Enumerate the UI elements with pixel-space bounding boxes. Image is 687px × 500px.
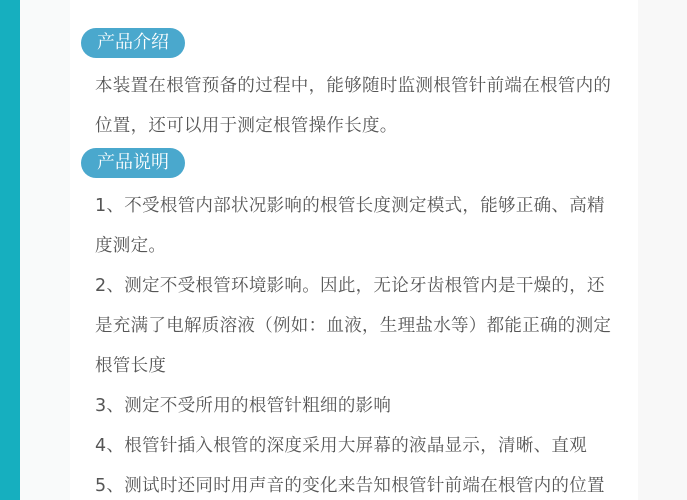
intro-line-1: 本装置在根管预备的过程中，能够随时监测根管针前端在根管内的 [95,72,611,97]
product-content: 产品介绍 本装置在根管预备的过程中，能够随时监测根管针前端在根管内的 位置，还可… [70,0,638,500]
desc-line-7: 4、根管针插入根管的深度采用大屏幕的液晶显示，清晰、直观 [95,432,587,457]
desc-line-2: 度测定。 [95,232,166,257]
accent-stripe [0,0,20,500]
left-margin [20,0,70,500]
desc-line-5: 根管长度 [95,352,166,377]
section-badge-description: 产品说明 [81,148,185,178]
intro-line-2: 位置，还可以用于测定根管操作长度。 [95,112,398,137]
desc-line-8: 5、测试时还同时用声音的变化来告知根管针前端在根管内的位置 [95,472,605,497]
right-margin [638,0,687,500]
section-badge-intro: 产品介绍 [81,28,185,58]
desc-line-4: 是充满了电解质溶液（例如：血液，生理盐水等）都能正确的测定 [95,312,611,337]
desc-line-3: 2、测定不受根管环境影响。因此，无论牙齿根管内是干燥的，还 [95,272,605,297]
desc-line-6: 3、测定不受所用的根管针粗细的影响 [95,392,391,417]
desc-line-1: 1、不受根管内部状况影响的根管长度测定模式，能够正确、高精 [95,192,605,217]
